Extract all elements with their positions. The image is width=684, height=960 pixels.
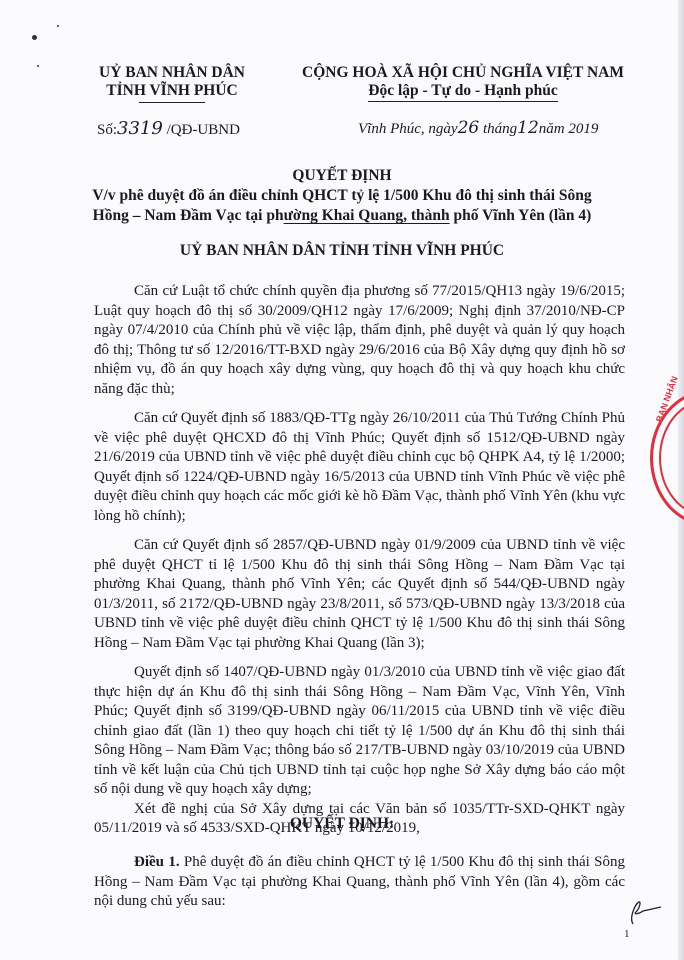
recital-paragraph: Căn cứ Luật tổ chức chính quyền địa phươ… xyxy=(94,282,625,399)
handwritten-day: 26 xyxy=(458,118,480,138)
nation-name: CỘNG HOÀ XÃ HỘI CHỦ NGHĨA VIỆT NAM xyxy=(282,64,644,82)
decision-title: QUYẾT ĐỊNH V/v phê duyệt đồ án điều chỉn… xyxy=(40,166,644,226)
issuer-underline xyxy=(139,102,205,103)
national-motto: Độc lập - Tự do - Hạnh phúc xyxy=(368,82,557,102)
article-1: Điều 1. Phê duyệt đồ án điều chỉnh QHCT … xyxy=(94,853,625,912)
document-page: UỶ BAN NHÂN DÂN TỈNH VĨNH PHÚC CỘNG HOÀ … xyxy=(0,0,684,960)
title-heading: QUYẾT ĐỊNH xyxy=(40,166,644,186)
title-subject-line2: Hồng – Nam Đầm Vạc tại phường Khai Quang… xyxy=(40,206,644,226)
scan-speck xyxy=(32,35,37,40)
place-and-date: Vĩnh Phúc, ngày26 tháng12năm 2019 xyxy=(358,118,598,138)
signature-initials-icon xyxy=(625,898,665,928)
handwritten-month: 12 xyxy=(517,118,539,138)
issuing-authority: UỶ BAN NHÂN DÂN TỈNH TỈNH VĨNH PHÚC xyxy=(40,242,644,260)
recital-paragraph: Căn cứ Quyết định số 2857/QĐ-UBND ngày 0… xyxy=(94,536,625,653)
page-number: 1 xyxy=(624,928,630,940)
article-label: Điều 1. xyxy=(134,854,180,870)
handwritten-number: 3319 xyxy=(117,118,163,139)
document-number: Số:3319 /QĐ-UBND xyxy=(97,118,240,139)
scan-speck xyxy=(57,25,59,27)
national-header: CỘNG HOÀ XÃ HỘI CHỦ NGHĨA VIỆT NAM Độc l… xyxy=(282,64,644,102)
decision-heading: QUYẾT ĐỊNH: xyxy=(40,815,644,833)
recital-paragraph: Quyết định số 1407/QĐ-UBND ngày 01/3/201… xyxy=(94,663,625,800)
recital-paragraph: Căn cứ Quyết định số 1883/QĐ-TTg ngày 26… xyxy=(94,409,625,526)
title-subject-line1: V/v phê duyệt đồ án điều chỉnh QHCT tỷ l… xyxy=(40,186,644,206)
issuer-name: UỶ BAN NHÂN DÂN xyxy=(82,64,262,82)
recitals: Căn cứ Luật tổ chức chính quyền địa phươ… xyxy=(94,282,625,849)
scan-speck xyxy=(37,65,39,67)
issuer-province: TỈNH VĨNH PHÚC xyxy=(82,82,262,100)
issuer-header: UỶ BAN NHÂN DÂN TỈNH VĨNH PHÚC xyxy=(82,64,262,103)
